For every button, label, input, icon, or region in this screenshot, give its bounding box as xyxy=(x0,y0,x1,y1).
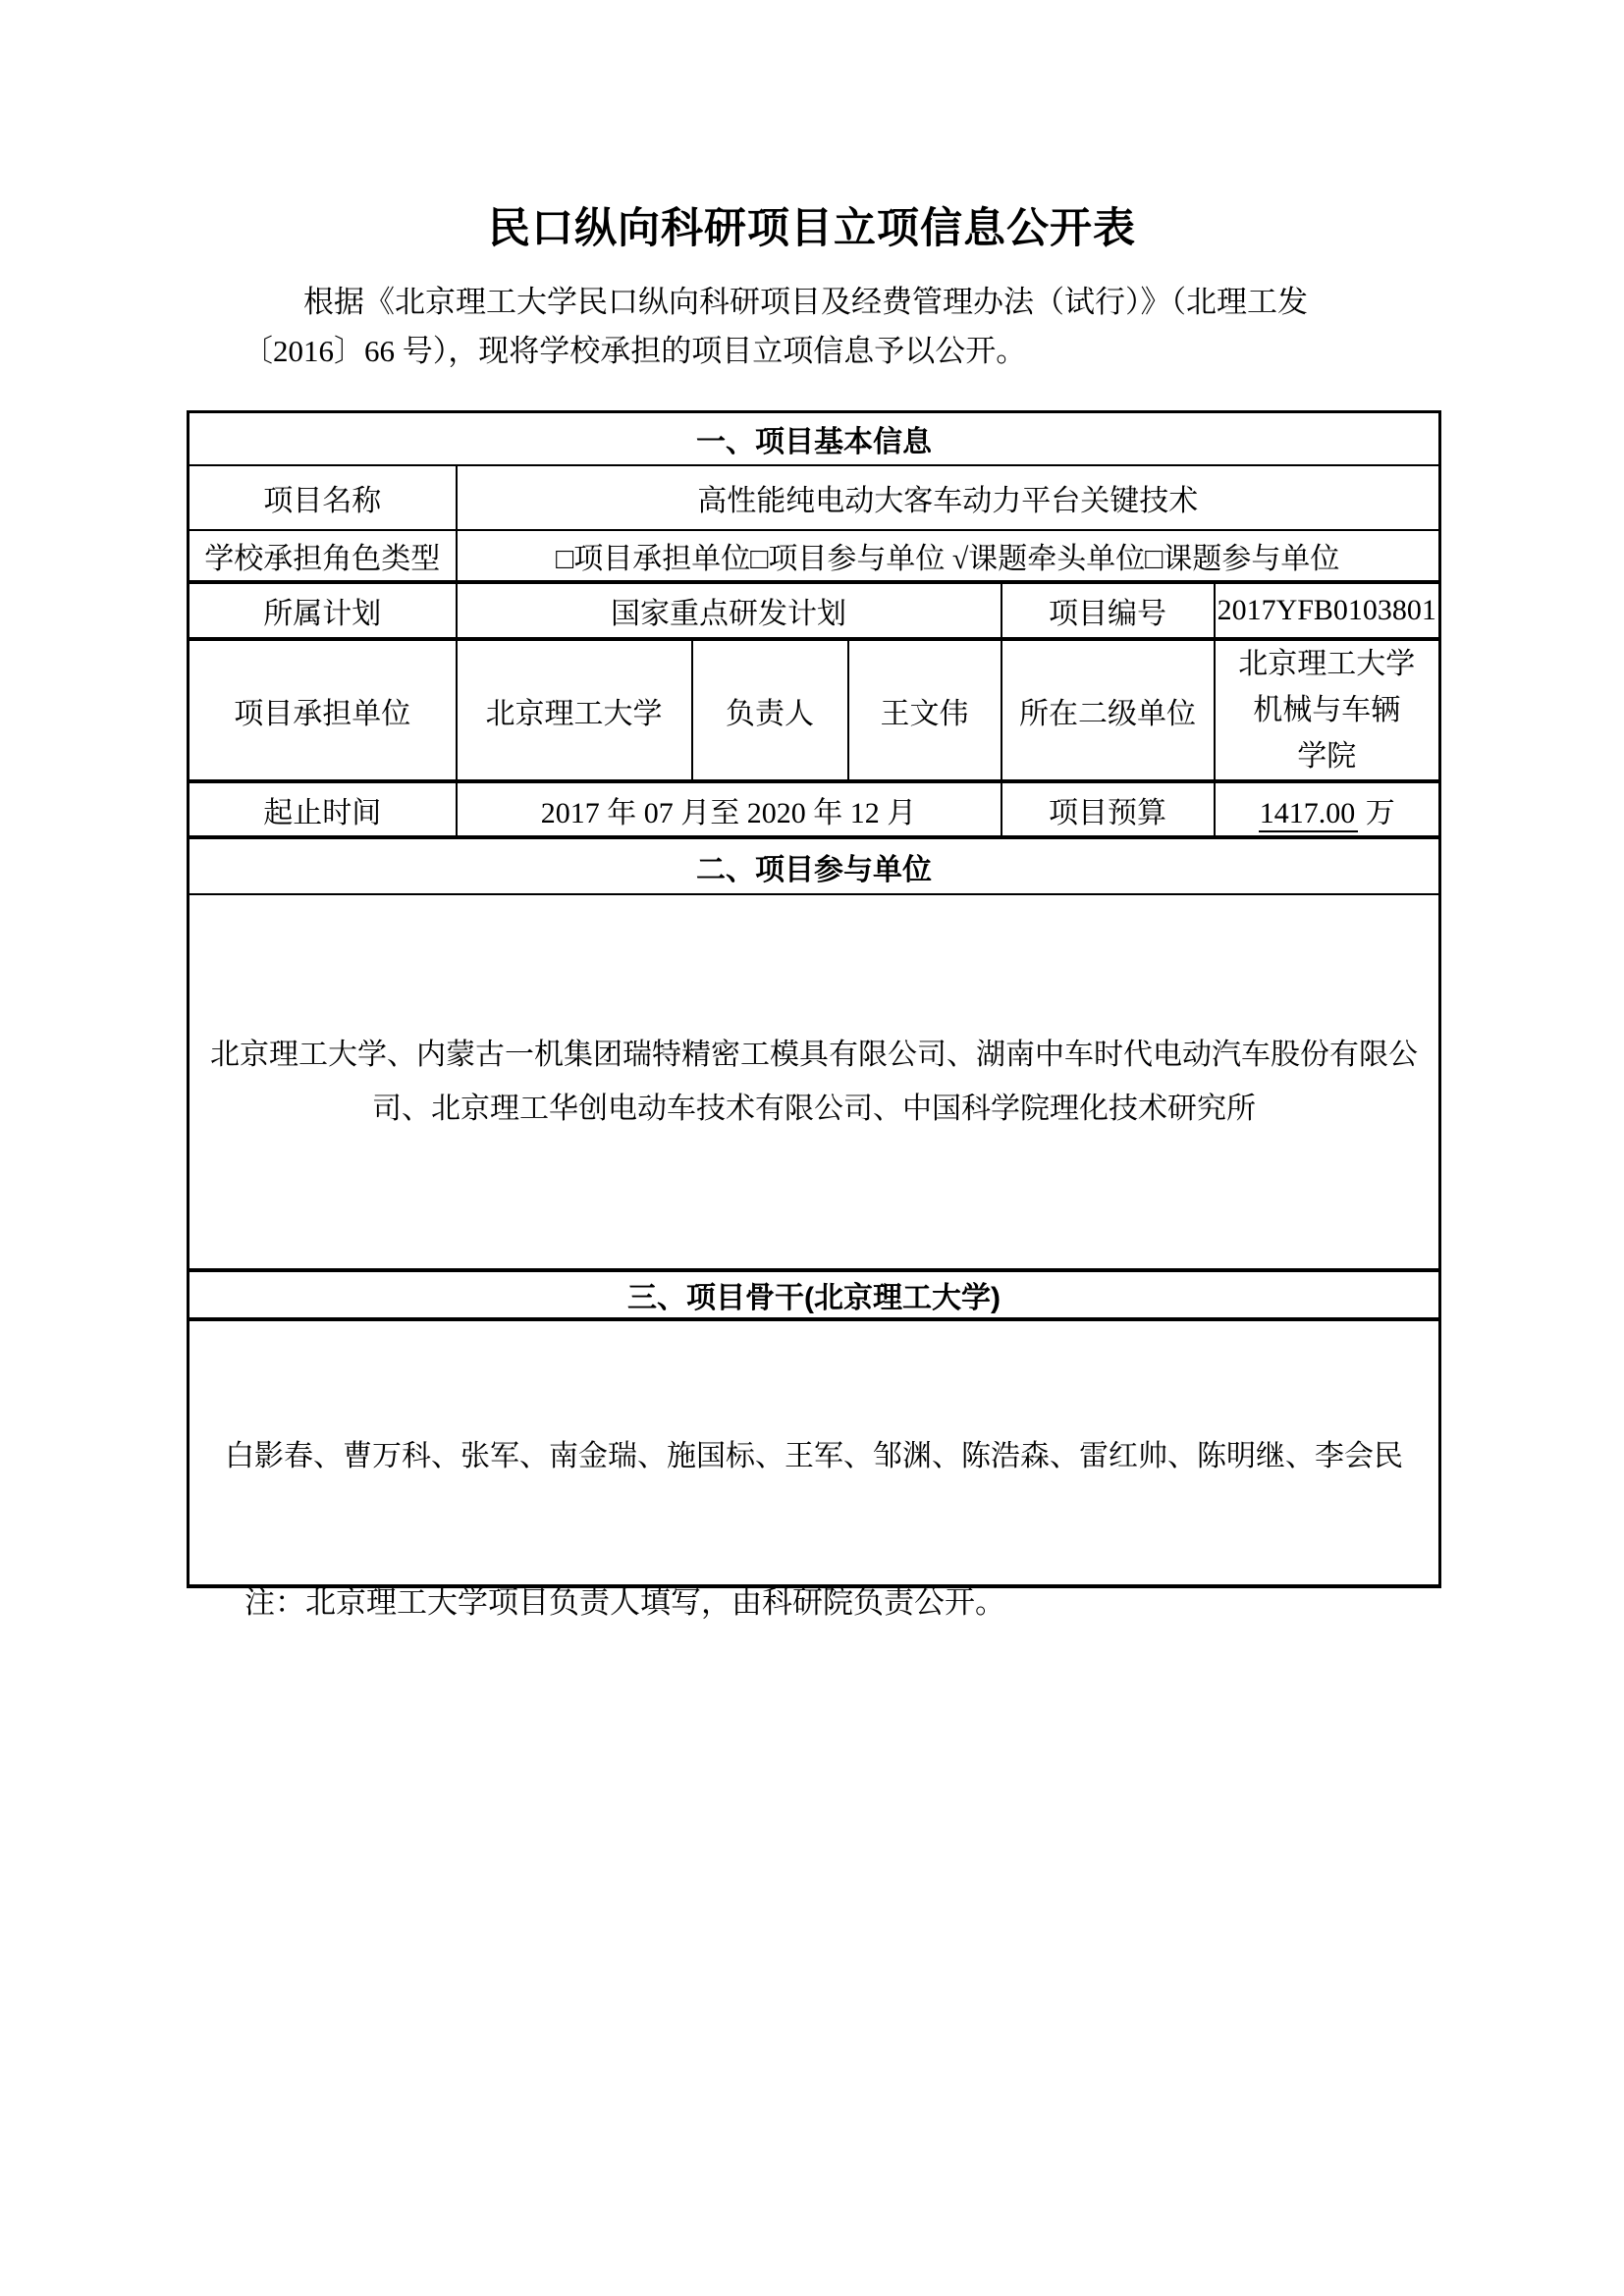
intro-line-2: 〔2016〕66 号），现将学校承担的项目立项信息予以公开。 xyxy=(243,327,1396,376)
section-header-backbone: 三、项目骨干(北京理工大学) xyxy=(189,1270,1440,1319)
project-info-table: 一、项目基本信息 项目名称 高性能纯电动大客车动力平台关键技术 学校承担角色类型… xyxy=(187,410,1441,1588)
secondary-unit-line-3: 学院 xyxy=(1216,733,1439,779)
section-header-basic-info: 一、项目基本信息 xyxy=(189,412,1440,466)
backbone-content: 白影春、曹万科、张军、南金瑞、施国标、王军、邹渊、陈浩森、雷红帅、陈明继、李会民 xyxy=(189,1319,1440,1586)
role-type-label: 学校承担角色类型 xyxy=(189,530,457,582)
section-backbone-row: 三、项目骨干(北京理工大学) xyxy=(189,1270,1440,1319)
duration-row: 起止时间 2017 年 07 月至 2020 年 12 月 项目预算 1417.… xyxy=(189,781,1440,837)
role-type-row: 学校承担角色类型 □项目承担单位□项目参与单位 √课题牵头单位□课题参与单位 xyxy=(189,530,1440,582)
budget-unit: 万 xyxy=(1366,797,1395,829)
footnote: 注：北京理工大学项目负责人填写，由科研院负责公开。 xyxy=(244,1582,1005,1624)
secondary-unit-line-2: 机械与车辆 xyxy=(1216,687,1439,733)
participants-content: 北京理工大学、内蒙古一机集团瑞特精密工模具有限公司、湖南中车时代电动汽车股份有限… xyxy=(189,894,1440,1270)
project-name-value: 高性能纯电动大客车动力平台关键技术 xyxy=(457,465,1440,530)
budget-amount: 1417.00 xyxy=(1259,797,1359,832)
plan-row: 所属计划 国家重点研发计划 项目编号 2017YFB0103801 xyxy=(189,582,1440,639)
plan-label: 所属计划 xyxy=(189,582,457,639)
section-participants-row: 二、项目参与单位 xyxy=(189,837,1440,894)
participants-content-row: 北京理工大学、内蒙古一机集团瑞特精密工模具有限公司、湖南中车时代电动汽车股份有限… xyxy=(189,894,1440,1270)
plan-value: 国家重点研发计划 xyxy=(457,582,1001,639)
budget-value: 1417.00 万 xyxy=(1215,781,1440,837)
undertaker-label: 项目承担单位 xyxy=(189,639,457,781)
budget-label: 项目预算 xyxy=(1001,781,1215,837)
project-no-label: 项目编号 xyxy=(1001,582,1215,639)
secondary-unit-label: 所在二级单位 xyxy=(1001,639,1215,781)
project-no-value: 2017YFB0103801 xyxy=(1215,582,1440,639)
intro-paragraph: 根据《北京理工大学民口纵向科研项目及经费管理办法（试行）》（北理工发 〔2016… xyxy=(243,278,1396,376)
secondary-unit-line-1: 北京理工大学 xyxy=(1216,641,1439,687)
intro-line-1: 根据《北京理工大学民口纵向科研项目及经费管理办法（试行）》（北理工发 xyxy=(243,278,1396,327)
document-page: 民口纵向科研项目立项信息公开表 根据《北京理工大学民口纵向科研项目及经费管理办法… xyxy=(0,0,1624,2296)
project-name-label: 项目名称 xyxy=(189,465,457,530)
leader-value: 王文伟 xyxy=(848,639,1001,781)
project-name-row: 项目名称 高性能纯电动大客车动力平台关键技术 xyxy=(189,465,1440,530)
backbone-content-row: 白影春、曹万科、张军、南金瑞、施国标、王军、邹渊、陈浩森、雷红帅、陈明继、李会民 xyxy=(189,1319,1440,1586)
page-title: 民口纵向科研项目立项信息公开表 xyxy=(0,201,1624,258)
leader-label: 负责人 xyxy=(692,639,848,781)
undertaker-value: 北京理工大学 xyxy=(457,639,692,781)
secondary-unit-value: 北京理工大学 机械与车辆 学院 xyxy=(1215,639,1440,781)
section-basic-info-row: 一、项目基本信息 xyxy=(189,412,1440,466)
section-header-participants: 二、项目参与单位 xyxy=(189,837,1440,894)
role-type-checkboxes: □项目承担单位□项目参与单位 √课题牵头单位□课题参与单位 xyxy=(457,530,1440,582)
duration-label: 起止时间 xyxy=(189,781,457,837)
undertaker-row: 项目承担单位 北京理工大学 负责人 王文伟 所在二级单位 北京理工大学 机械与车… xyxy=(189,639,1440,781)
duration-value: 2017 年 07 月至 2020 年 12 月 xyxy=(457,781,1001,837)
